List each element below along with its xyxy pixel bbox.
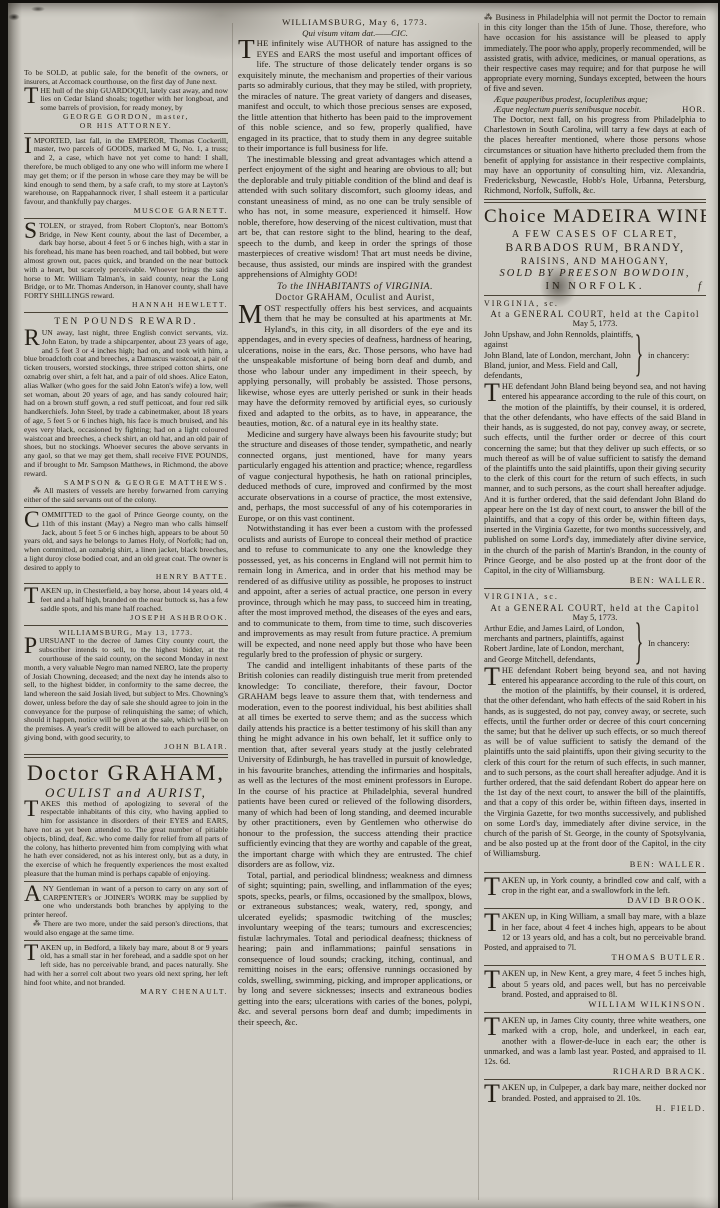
notice-body: TAKES this method of apologizing to seve… xyxy=(24,800,228,879)
drop-cap: T xyxy=(484,666,502,687)
article-stolen-horse: STOLEN, or strayed, from Robert Clopton'… xyxy=(24,222,228,310)
signature: HENRY BATTE. xyxy=(24,573,228,582)
column-divider-left xyxy=(232,23,233,1200)
divider-rule xyxy=(24,625,228,626)
drop-cap: I xyxy=(24,137,34,156)
divider-rule xyxy=(484,965,706,966)
drop-cap: T xyxy=(484,1083,502,1104)
divider-rule xyxy=(484,295,706,296)
signature: H. FIELD. xyxy=(502,1104,706,1114)
dateline: WILLIAMSBURG, May 6, 1773. xyxy=(238,17,472,28)
brace-glyph: } xyxy=(633,338,645,373)
drop-cap: T xyxy=(238,38,257,60)
address-paragraph: Total, partial, and periodical blindness… xyxy=(238,870,472,1028)
notice-body: RUN away, last night, three English conv… xyxy=(24,329,228,479)
drop-cap: T xyxy=(484,876,502,897)
court-date: May 5, 1773. xyxy=(484,319,706,329)
signature: MUSCOE GARNETT. xyxy=(24,207,228,216)
address-subheadline: Doctor GRAHAM, Oculist and Aurist, xyxy=(238,292,472,303)
chancery-label: in chancery: xyxy=(644,351,706,361)
divider-rule xyxy=(484,872,706,873)
address-headline: To the INHABITANTS of VIRGINIA. xyxy=(238,282,472,293)
divider-rule-double xyxy=(484,199,706,203)
divider-rule-double xyxy=(24,754,228,758)
address-body: MOST respectfully offers his best servic… xyxy=(238,303,472,429)
chancery-parties-block: John Upshaw, and John Rennolds, plaintif… xyxy=(484,330,706,381)
article-graham-to-inhabitants: To the INHABITANTS of VIRGINIA. Doctor G… xyxy=(238,282,472,1028)
notice-body: ANY Gentleman in want of a person to car… xyxy=(24,885,228,920)
newspaper-paper: To be SOLD, at public sale, for the bene… xyxy=(8,3,718,1208)
notice-body: TAKEN up, in New Kent, a grey mare, 4 fe… xyxy=(484,969,706,1000)
article-carpenter-joiner: ANY Gentleman in want of a person to car… xyxy=(24,885,228,938)
drop-cap: T xyxy=(484,382,502,403)
article-taken-up-king-william: TAKEN up, in King William, a small bay m… xyxy=(484,912,706,963)
drop-cap: M xyxy=(238,303,264,325)
notice-body: IMPORTED, last fall, in the EMPEROR, Tho… xyxy=(24,137,228,207)
signature: DAVID BROOK. xyxy=(502,896,706,906)
editorial-body: THE infinitely wise AUTHOR of nature has… xyxy=(238,38,472,154)
signature: BEN: WALLER. xyxy=(484,576,706,586)
court-heading: At a GENERAL COURT, held at the Capitol xyxy=(484,603,706,613)
brace-glyph: } xyxy=(633,627,645,662)
chancery-parties-block: Arthur Edie, and James Laird, of London,… xyxy=(484,624,706,665)
ad-line: BARBADOS RUM, BRANDY, xyxy=(484,241,706,255)
article-decree-sale: WILLIAMSBURG, May 13, 1773. PURSUANT to … xyxy=(24,629,228,752)
divider-rule xyxy=(484,1079,706,1080)
article-ten-pounds-reward: TEN POUNDS REWARD. RUN away, last night,… xyxy=(24,316,228,505)
parties-list: John Upshaw, and John Rennolds, plaintif… xyxy=(484,330,634,381)
article-taken-up-chesterfield: TAKEN up, in Chesterfield, a bay horse, … xyxy=(24,587,228,622)
drop-cap: T xyxy=(484,912,502,933)
column-right: ⁂ Business in Philadelphia will not perm… xyxy=(484,13,706,1205)
notice-footnote: ⁂ There are two more, under the said per… xyxy=(24,920,228,938)
latin-motto: Qui visum vitam dat.——CIC. xyxy=(238,28,472,39)
notice-body: TAKEN up, in King William, a small bay m… xyxy=(484,912,706,953)
article-imported-goods: IMPORTED, last fall, in the EMPEROR, Tho… xyxy=(24,137,228,216)
drop-cap: C xyxy=(24,511,42,530)
signature: MARY CHENAULT. xyxy=(24,988,228,997)
divider-rule xyxy=(484,588,706,589)
address-paragraph: The candid and intelligent inhabitants o… xyxy=(238,660,472,870)
ad-location: IN NORFOLK.f xyxy=(484,280,706,293)
divider-rule xyxy=(24,507,228,508)
address-paragraph: Medicine and surgery have always been hi… xyxy=(238,429,472,524)
notice-body: TAKEN up, in York county, a brindled cow… xyxy=(484,876,706,896)
signature: GEORGE GORDON, master, xyxy=(24,113,228,122)
article-taken-up-culpeper: TAKEN up, in Culpeper, a dark bay mare, … xyxy=(484,1083,706,1114)
parties-list: Arthur Edie, and James Laird, of London,… xyxy=(484,624,634,665)
notice-body: THE hull of the ship GUARDOQUI, lately c… xyxy=(24,87,228,113)
notice-body: TAKEN up, in Culpeper, a dark bay mare, … xyxy=(484,1083,706,1103)
divider-rule xyxy=(24,881,228,882)
notice-body: PURSUANT to the decree of James City cou… xyxy=(24,637,228,743)
ad-line: RAISINS, AND MAHOGANY, xyxy=(484,255,706,267)
divider-rule xyxy=(24,133,228,134)
drop-cap: T xyxy=(24,587,40,606)
drop-cap: T xyxy=(484,969,502,990)
notice-paragraph: The Doctor, next fall, on his progress f… xyxy=(484,115,706,197)
court-venue: VIRGINIA, sc. xyxy=(484,592,706,602)
article-madeira-wine-ad: Choice MADEIRA WINE, A FEW CASES OF CLAR… xyxy=(484,206,706,293)
notice-body: TAKEN up, in Bedford, a likely bay mare,… xyxy=(24,944,228,988)
notice-footnote: ⁂ All masters of vessels are hereby forw… xyxy=(24,487,228,505)
newspaper-page-scan: { "columns": { "left": [ { "intro": "To … xyxy=(0,0,720,1208)
drop-cap: T xyxy=(24,944,40,963)
article-chancery-jardine: VIRGINIA, sc. At a GENERAL COURT, held a… xyxy=(484,592,706,869)
signature: BEN: WALLER. xyxy=(484,860,706,870)
signature: OR HIS ATTORNEY. xyxy=(24,122,228,131)
signature: HANNAH HEWLETT. xyxy=(24,301,228,310)
court-order-body: THE defendant John Bland being beyond se… xyxy=(484,382,706,576)
signature: THOMAS BUTLER. xyxy=(484,953,706,963)
plaintiffs: John Upshaw, and John Rennolds, plaintif… xyxy=(484,330,634,350)
divider-rule xyxy=(484,1012,706,1013)
editorial-paragraph: The inestimable blessing and great advan… xyxy=(238,154,472,280)
ad-seller: SOLD BY PREESON BOWDOIN, xyxy=(484,267,706,280)
signature: JOSEPH ASHBROOK. xyxy=(24,614,228,623)
latin-verse-line2: Æque neglectum pueris senibusque nocebit… xyxy=(494,105,706,115)
column-middle: WILLIAMSBURG, May 6, 1773. Qui visum vit… xyxy=(238,17,472,1205)
article-subheadline: OCULIST and AURIST, xyxy=(24,785,228,800)
court-venue: VIRGINIA, sc. xyxy=(484,299,706,309)
article-taken-up-james-city: TAKEN up, in James City county, three wh… xyxy=(484,1016,706,1077)
article-ship-sale: To be SOLD, at public sale, for the bene… xyxy=(24,69,228,131)
drop-cap: T xyxy=(24,87,40,106)
signature: RICHARD BRACK. xyxy=(484,1067,706,1077)
drop-cap: R xyxy=(24,329,42,348)
signature: JOHN BLAIR. xyxy=(24,743,228,752)
article-headline-large: Doctor GRAHAM, xyxy=(24,761,228,785)
signature: WILLIAM WILKINSON. xyxy=(484,1000,706,1010)
verse-attribution: HOR. xyxy=(682,105,706,115)
printer-mark: f xyxy=(698,280,704,293)
divider-rule xyxy=(24,312,228,313)
divider-rule xyxy=(24,940,228,941)
divider-rule xyxy=(24,218,228,219)
divider-rule xyxy=(24,583,228,584)
drop-cap: A xyxy=(24,885,43,904)
article-doctor-graham-apology: Doctor GRAHAM, OCULIST and AURIST, TAKES… xyxy=(24,761,228,879)
column-left: To be SOLD, at public sale, for the bene… xyxy=(24,69,228,1205)
ad-line: A FEW CASES OF CLARET, xyxy=(484,228,706,241)
drop-cap: P xyxy=(24,637,39,656)
court-heading: At a GENERAL COURT, held at the Capitol xyxy=(484,309,706,319)
notice-body: ⁂ Business in Philadelphia will not perm… xyxy=(484,13,706,95)
article-taken-up-york: TAKEN up, in York county, a brindled cow… xyxy=(484,876,706,907)
notice-body: TAKEN up, in Chesterfield, a bay horse, … xyxy=(24,587,228,613)
notice-body: TAKEN up, in James City county, three wh… xyxy=(484,1016,706,1067)
address-paragraph: Notwithstanding it has ever been a custo… xyxy=(238,523,472,660)
article-taken-up-bedford: TAKEN up, in Bedford, a likely bay mare,… xyxy=(24,944,228,997)
court-date: May 5, 1773. xyxy=(484,613,706,623)
article-chancery-bland: VIRGINIA, sc. At a GENERAL COURT, held a… xyxy=(484,299,706,587)
defendants: Robert Jardine, late of London, merchant… xyxy=(484,644,634,664)
column-divider-right xyxy=(478,23,479,1200)
article-editorial-eyes-ears: WILLIAMSBURG, May 6, 1773. Qui visum vit… xyxy=(238,17,472,280)
divider-rule xyxy=(484,908,706,909)
notice-intro: To be SOLD, at public sale, for the bene… xyxy=(24,69,228,87)
notice-body: STOLEN, or strayed, from Robert Clopton'… xyxy=(24,222,228,301)
drop-cap: T xyxy=(24,800,40,819)
chancery-label: In chancery: xyxy=(644,639,706,649)
court-order-body: THE defendant Robert being beyond sea, a… xyxy=(484,666,706,860)
ad-headline: Choice MADEIRA WINE, xyxy=(484,206,706,228)
plaintiffs: Arthur Edie, and James Laird, of London,… xyxy=(484,624,634,644)
defendants: John Bland, late of London, merchant, Jo… xyxy=(484,351,634,382)
article-doctor-schedule: ⁂ Business in Philadelphia will not perm… xyxy=(484,13,706,197)
drop-cap: S xyxy=(24,222,39,241)
article-committed-gaol: COMMITTED to the gaol of Prince George c… xyxy=(24,511,228,581)
article-taken-up-new-kent: TAKEN up, in New Kent, a grey mare, 4 fe… xyxy=(484,969,706,1010)
latin-verse-line1: Æque pauperibus prodest, locupletibus æq… xyxy=(494,95,706,105)
drop-cap: T xyxy=(484,1016,502,1037)
notice-body: COMMITTED to the gaol of Prince George c… xyxy=(24,511,228,573)
